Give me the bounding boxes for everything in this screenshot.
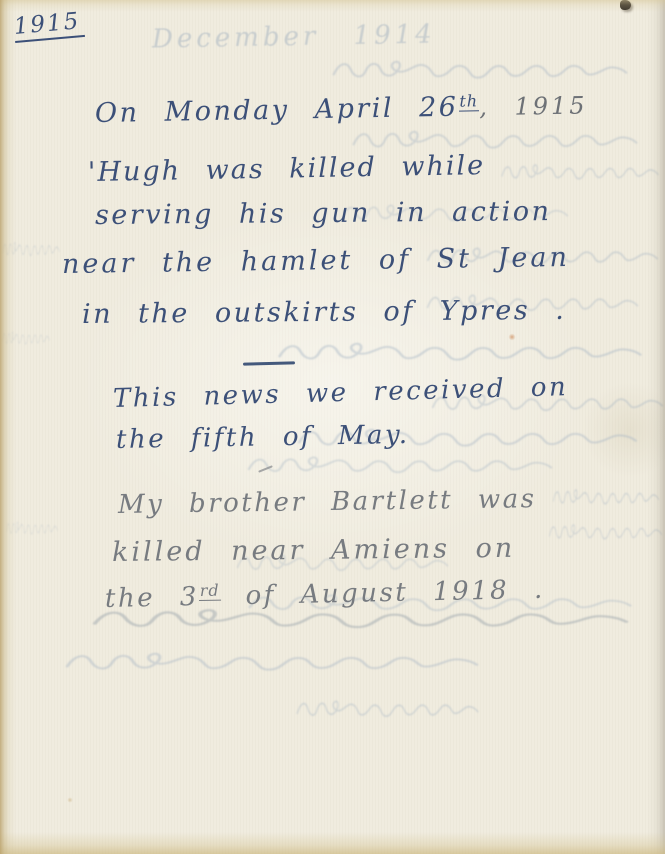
handwritten-line-9: the 3rd of August 1918 .: [105, 574, 545, 614]
diary-page: 1915 December 1914 On Monday April 26th,…: [0, 0, 665, 854]
year-heading-text: 1915: [13, 8, 82, 40]
pencil-tick-mark: [258, 465, 273, 472]
date-year-pencil: , 1915: [479, 91, 588, 121]
entry-date-line: On Monday April 26th, 1915: [95, 89, 588, 129]
bleed-scribble: [67, 654, 477, 670]
bleed-scribble: [502, 165, 658, 179]
date-superscript-rd: rd: [199, 581, 221, 601]
ghost-heading: December 1914: [152, 20, 436, 55]
line-text: This news we received on: [113, 372, 569, 414]
line-text: of August 1918 .: [220, 575, 545, 612]
bleed-scribble: [297, 701, 477, 716]
ghost-heading-text: December 1914: [152, 20, 436, 55]
bleed-scribble: [249, 457, 551, 472]
ink-blot: [620, 0, 631, 10]
handwritten-line-4: in the outskirts of Ypres .: [82, 295, 567, 330]
bleed-scribble: [280, 344, 641, 360]
bleed-scribble: [3, 243, 60, 256]
line-text: the 3: [105, 582, 199, 614]
line-text: My brother Bartlett was: [118, 484, 537, 520]
line-text: 'Hugh was killed while: [88, 150, 486, 188]
bleed-scribble: [3, 332, 50, 344]
handwritten-line-5: This news we received on: [113, 372, 569, 414]
handwritten-line-2: serving his gun in action: [95, 196, 552, 231]
line-text: serving his gun in action: [95, 196, 552, 231]
date-superscript: th: [458, 91, 479, 111]
bleed-scribble: [553, 490, 658, 504]
handwritten-line-7: My brother Bartlett was: [118, 484, 537, 520]
bleed-scribble: [549, 525, 661, 539]
line-text: the fifth of May.: [116, 420, 410, 455]
bleed-scribble: [354, 132, 637, 148]
handwritten-line-8: killed near Amiens on: [112, 533, 516, 568]
handwritten-line-6: the fifth of May.: [116, 420, 410, 455]
line-text: near the hamlet of St Jean: [62, 242, 570, 280]
line-text: in the outskirts of Ypres .: [82, 295, 567, 330]
year-heading: 1915: [13, 8, 85, 43]
line-text: killed near Amiens on: [112, 533, 516, 568]
section-divider: [243, 361, 295, 365]
date-text: On Monday April 26: [95, 92, 459, 129]
handwritten-line-3: near the hamlet of St Jean: [62, 242, 570, 280]
bleed-scribble: [7, 522, 58, 534]
handwritten-line-1: 'Hugh was killed while: [88, 150, 486, 188]
bleed-scribble: [334, 62, 627, 78]
bleed-scribble: [95, 610, 626, 627]
